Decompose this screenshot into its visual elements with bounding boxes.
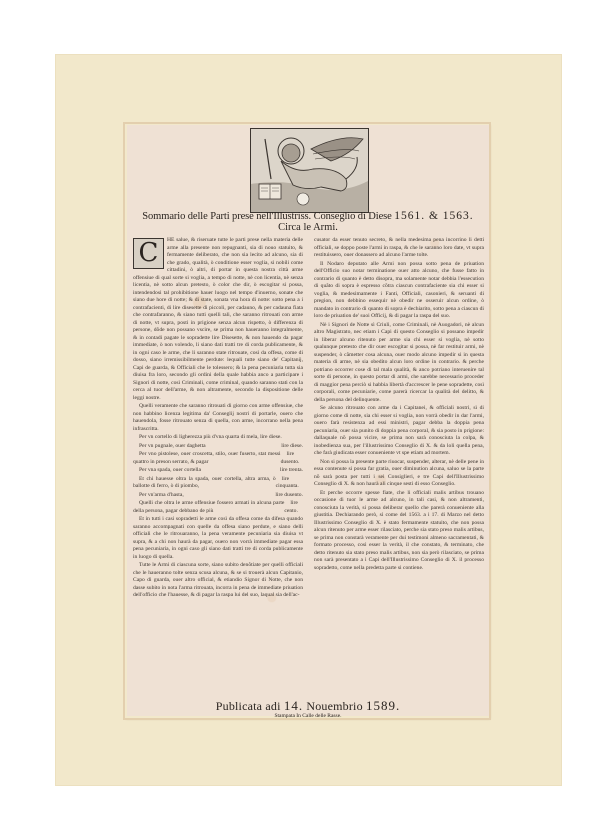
paragraph: Il Nodaro deputato alle Armi non possa s… [314,261,484,321]
mat-board: Sommario delle Parti prese nell'Illustri… [55,54,562,786]
paragraph: Se alcuno ritrouato con arme da i Capita… [314,405,484,458]
title-main: Sommario delle Parti prese nell'Illustri… [142,211,391,222]
left-text-column: CHE salue, & riseruate tutte le parti pr… [133,237,303,697]
fine-row: Per vn'arma d'hasta,lire dusento. [133,492,303,500]
lion-of-saint-mark-icon [250,128,369,213]
title-years: 1561. & 1563. [394,210,473,222]
paragraph: Et perche occorre spesse fiate, che li o… [314,490,484,573]
printer-imprint: Stampata In Calle delle Rasse. [127,713,489,719]
fine-row: Per vna spada, ouer cortellalire trenta. [133,467,303,475]
fine-row: Per vn pugnale, ouer daghettalire diese. [133,443,303,451]
printed-broadside: Sommario delle Parti prese nell'Illustri… [127,125,489,716]
publication-line: Publicata adi 14. Nouembrio 1589. [127,699,489,713]
document-subtitle: Circa le Armi. [127,222,489,234]
paragraph: CHE salue, & riseruate tutte le parti pr… [133,237,303,402]
fine-row: Quelli che oltra le arme offensiue fosse… [133,500,303,515]
fine-row: Per vno pistolese, ouer croscetta, stilo… [133,451,303,466]
paragraph: Et in tutti i casi sopradetti le arme co… [133,516,303,561]
paragraph: Quelli veramente che saranno ritrouati d… [133,403,303,433]
paragraph: Non si possa la presente parte riuocar, … [314,459,484,489]
paragraph: Tutte le Armi di ciascuna sorte, siano s… [133,562,303,600]
paragraph: cusator da esser tenuto secreto, & nella… [314,237,484,260]
decorated-initial-letter: C [133,238,164,269]
fine-row: Et chi hauesse oltra la spada, ouer cort… [133,476,303,491]
paragraph: Nè i Signori de Notte sì Criuli, come Cr… [314,322,484,405]
right-text-column: cusator da esser tenuto secreto, & nella… [314,237,484,697]
fine-row: Per vn cortello di ligherezza più d'vna … [133,434,303,442]
